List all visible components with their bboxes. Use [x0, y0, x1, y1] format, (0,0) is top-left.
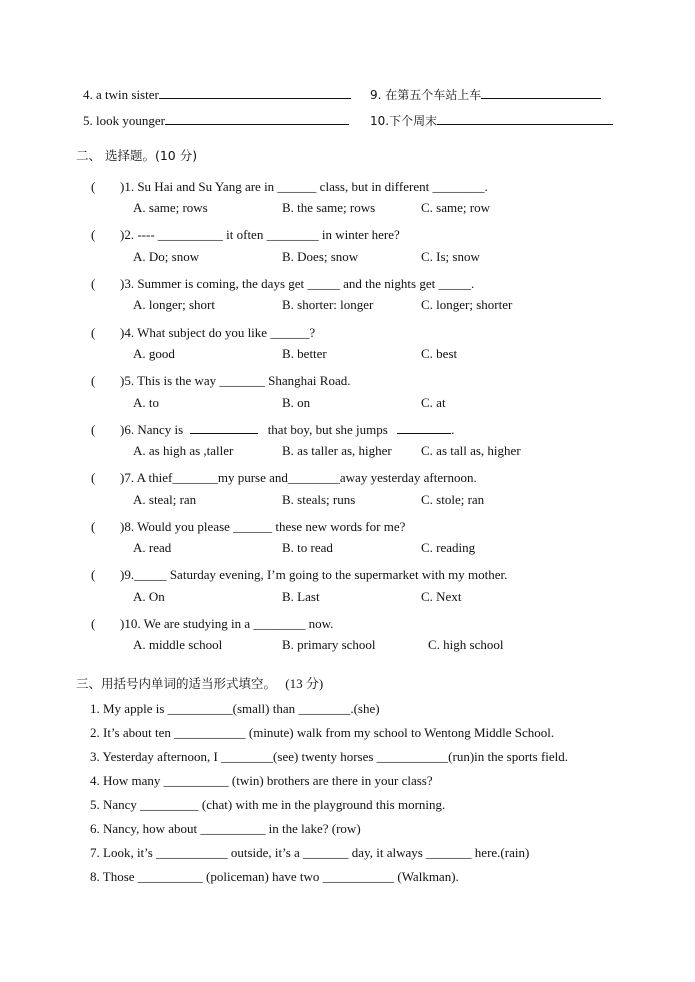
option-a[interactable]: A. as high as ,taller	[133, 443, 233, 459]
question-8: ( )8. Would you please ______ these new …	[0, 519, 695, 559]
answer-paren[interactable]: (	[91, 519, 95, 535]
option-c[interactable]: C. best	[421, 346, 457, 362]
question-2: ( )2. ---- __________ it often ________ …	[0, 227, 695, 267]
question-stem: )5. This is the way _______ Shanghai Roa…	[120, 373, 351, 389]
answer-blank[interactable]	[481, 86, 601, 99]
question-5: ( )5. This is the way _______ Shanghai R…	[0, 373, 695, 413]
fill-item-6[interactable]: 6. Nancy, how about __________ in the la…	[90, 821, 361, 837]
question-6: ( )6. Nancy is that boy, but she jumps .…	[0, 422, 695, 462]
translation-item-10: 10.下个周末	[370, 112, 613, 129]
answer-blank[interactable]	[165, 112, 349, 125]
option-a[interactable]: A. steal; ran	[133, 492, 196, 508]
section-heading-choice: 二、 选择题。(10 分)	[76, 148, 197, 164]
option-b[interactable]: B. primary school	[282, 637, 376, 653]
answer-paren[interactable]: (	[91, 567, 95, 583]
option-a[interactable]: A. good	[133, 346, 175, 362]
answer-paren[interactable]: (	[91, 470, 95, 486]
option-b[interactable]: B. Last	[282, 589, 320, 605]
option-a[interactable]: A. same; rows	[133, 200, 208, 216]
answer-blank[interactable]	[437, 112, 613, 125]
item-label: 10.下个周末	[370, 114, 437, 128]
option-a[interactable]: A. read	[133, 540, 171, 556]
option-b[interactable]: B. better	[282, 346, 327, 362]
question-7: ( )7. A thief_______my purse and________…	[0, 470, 695, 510]
option-c[interactable]: C. reading	[421, 540, 475, 556]
option-b[interactable]: B. Does; snow	[282, 249, 358, 265]
option-b[interactable]: B. to read	[282, 540, 333, 556]
translation-item-9: 9. 在第五个车站上车	[370, 86, 601, 103]
question-stem: )4. What subject do you like ______?	[120, 325, 315, 341]
option-c[interactable]: C. same; row	[421, 200, 490, 216]
option-a[interactable]: A. longer; short	[133, 297, 215, 313]
question-10: ( )10. We are studying in a ________ now…	[0, 616, 695, 656]
option-c[interactable]: C. Next	[421, 589, 461, 605]
question-stem: )6. Nancy is that boy, but she jumps .	[120, 422, 454, 438]
option-a[interactable]: A. middle school	[133, 637, 222, 653]
item-label: 4. a twin sister	[83, 87, 159, 102]
stem-part-a: )6. Nancy is	[120, 422, 186, 437]
answer-paren[interactable]: (	[91, 325, 95, 341]
translation-item-4: 4. a twin sister	[83, 86, 351, 103]
option-a[interactable]: A. to	[133, 395, 159, 411]
question-3: ( )3. Summer is coming, the days get ___…	[0, 276, 695, 316]
answer-blank[interactable]	[397, 422, 451, 434]
item-label: 9. 在第五个车站上车	[370, 88, 481, 102]
fill-item-5[interactable]: 5. Nancy _________ (chat) with me in the…	[90, 797, 445, 813]
option-c[interactable]: C. as tall as, higher	[421, 443, 521, 459]
option-b[interactable]: B. as taller as, higher	[282, 443, 392, 459]
option-b[interactable]: B. shorter: longer	[282, 297, 373, 313]
heading-score: (13 分)	[285, 676, 323, 691]
fill-item-4[interactable]: 4. How many __________ (twin) brothers a…	[90, 773, 433, 789]
heading-text: 三、用括号内单词的适当形式填空。	[76, 676, 276, 691]
option-c[interactable]: C. stole; ran	[421, 492, 484, 508]
option-b[interactable]: B. the same; rows	[282, 200, 375, 216]
option-a[interactable]: A. On	[133, 589, 165, 605]
option-c[interactable]: C. high school	[428, 637, 503, 653]
question-stem: )7. A thief_______my purse and________aw…	[120, 470, 477, 486]
question-4: ( )4. What subject do you like ______? A…	[0, 325, 695, 365]
stem-part-c: .	[451, 422, 454, 437]
answer-paren[interactable]: (	[91, 373, 95, 389]
question-9: ( )9._____ Saturday evening, I’m going t…	[0, 567, 695, 607]
answer-blank[interactable]	[159, 86, 351, 99]
answer-paren[interactable]: (	[91, 422, 95, 438]
answer-paren[interactable]: (	[91, 616, 95, 632]
question-stem: )9._____ Saturday evening, I’m going to …	[120, 567, 507, 583]
translation-item-5: 5. look younger	[83, 112, 349, 129]
option-a[interactable]: A. Do; snow	[133, 249, 199, 265]
option-c[interactable]: C. Is; snow	[421, 249, 480, 265]
option-c[interactable]: C. longer; shorter	[421, 297, 512, 313]
question-stem: )8. Would you please ______ these new wo…	[120, 519, 405, 535]
question-stem: )10. We are studying in a ________ now.	[120, 616, 333, 632]
question-stem: )1. Su Hai and Su Yang are in ______ cla…	[120, 179, 488, 195]
answer-blank[interactable]	[190, 422, 258, 434]
question-stem: )3. Summer is coming, the days get _____…	[120, 276, 474, 292]
question-stem: )2. ---- __________ it often ________ in…	[120, 227, 400, 243]
question-1: ( )1. Su Hai and Su Yang are in ______ c…	[0, 179, 695, 219]
answer-paren[interactable]: (	[91, 179, 95, 195]
answer-paren[interactable]: (	[91, 227, 95, 243]
fill-item-8[interactable]: 8. Those __________ (policeman) have two…	[90, 869, 459, 885]
fill-item-7[interactable]: 7. Look, it’s ___________ outside, it’s …	[90, 845, 529, 861]
option-b[interactable]: B. on	[282, 395, 310, 411]
answer-paren[interactable]: (	[91, 276, 95, 292]
option-c[interactable]: C. at	[421, 395, 446, 411]
item-label: 5. look younger	[83, 113, 165, 128]
option-b[interactable]: B. steals; runs	[282, 492, 355, 508]
fill-item-3[interactable]: 3. Yesterday afternoon, I ________(see) …	[90, 749, 568, 765]
stem-part-b: that boy, but she jumps	[264, 422, 391, 437]
section-heading-fill: 三、用括号内单词的适当形式填空。 (13 分)	[76, 676, 323, 692]
fill-item-1[interactable]: 1. My apple is __________(small) than __…	[90, 701, 380, 717]
fill-item-2[interactable]: 2. It’s about ten ___________ (minute) w…	[90, 725, 554, 741]
